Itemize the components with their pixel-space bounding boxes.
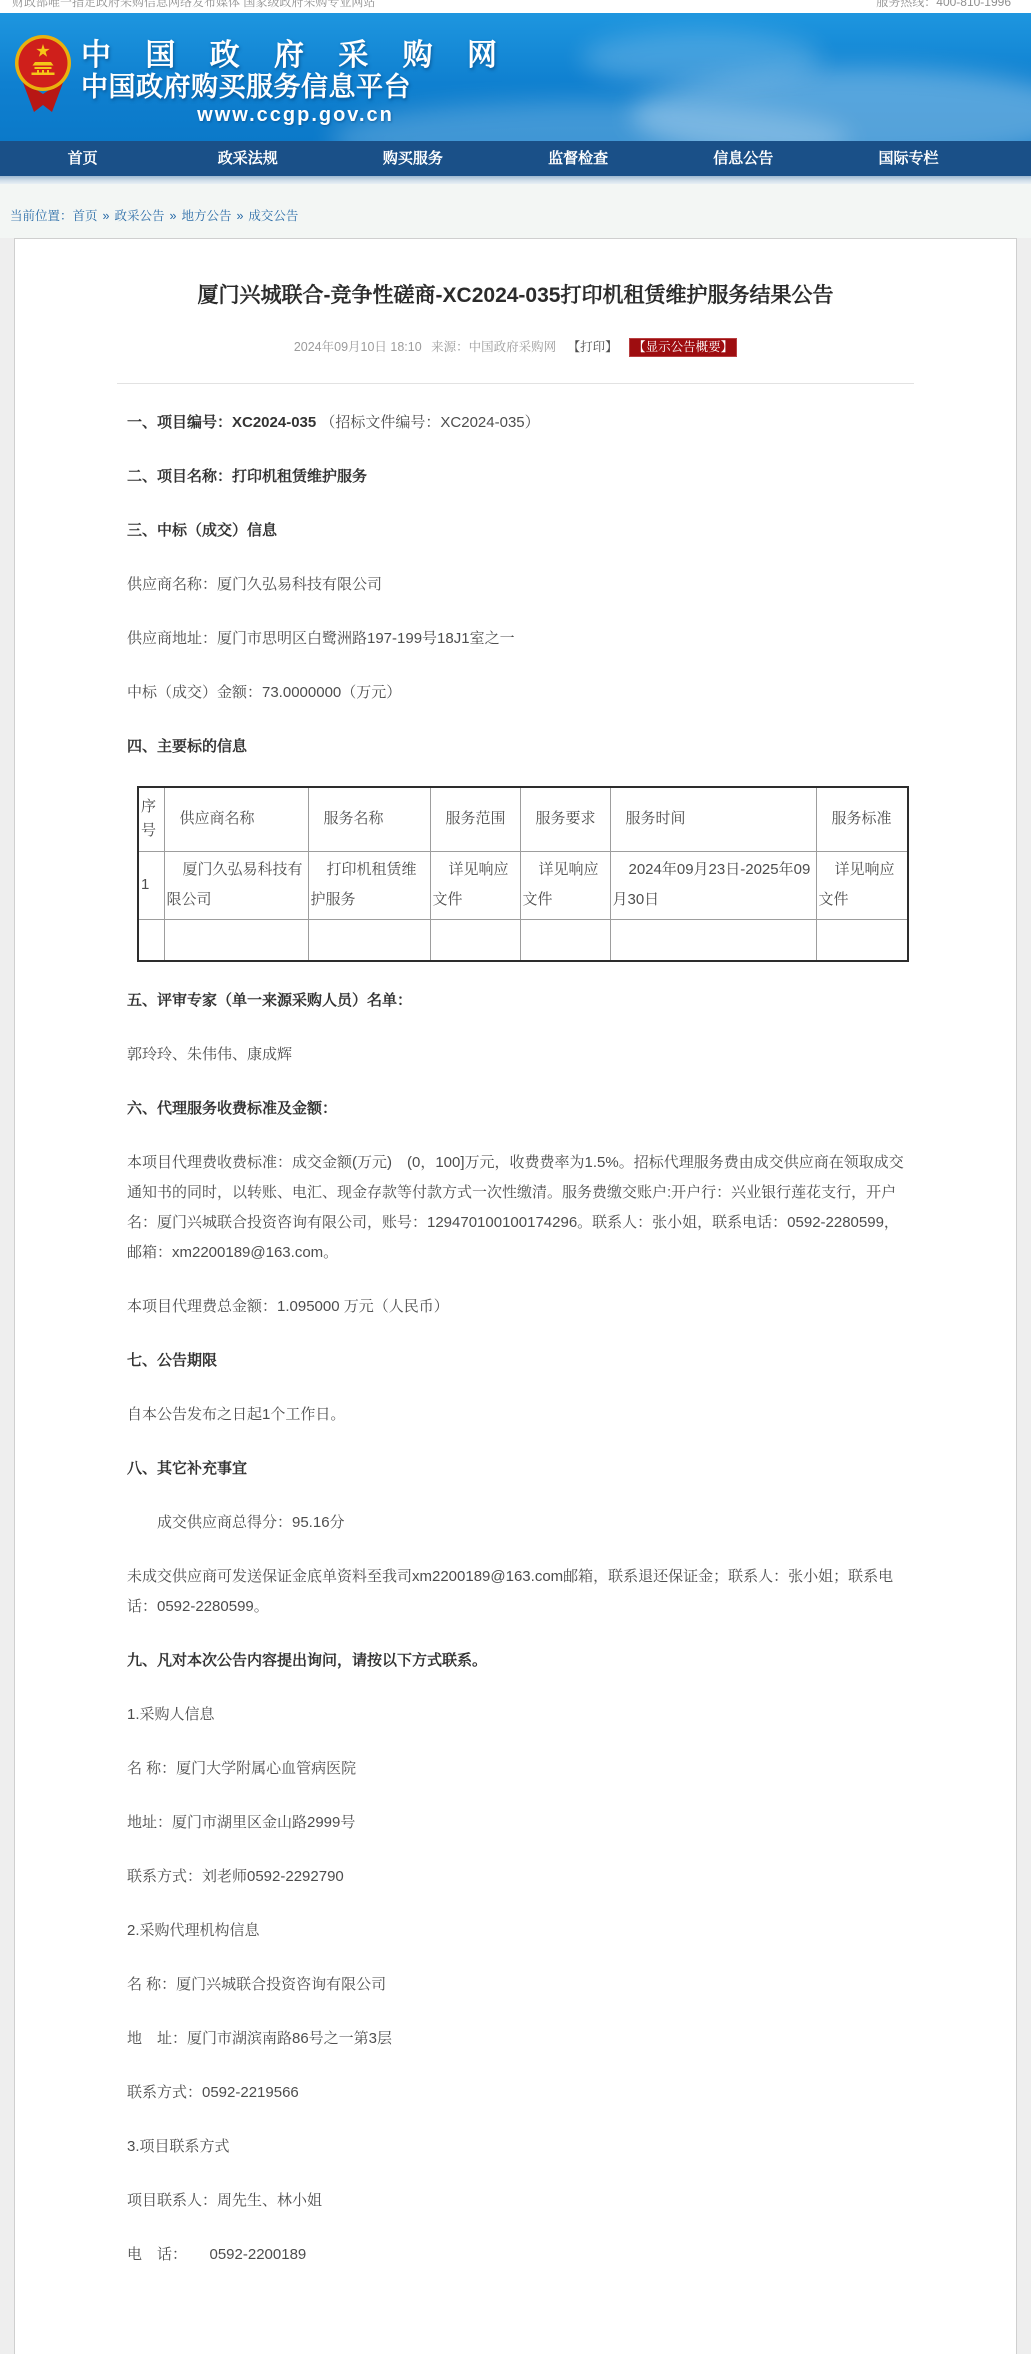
table-cell: 厦门久弘易科技有限公司 (164, 851, 308, 919)
section-heading: 四、主要标的信息 (127, 732, 904, 762)
body-paragraph: 本项目代理费总金额：1.095000 万元（人民币） (127, 1292, 904, 1322)
section-heading: 七、公告期限 (127, 1346, 904, 1376)
body-paragraph: 名 称：厦门大学附属心血管病医院 (127, 1754, 904, 1784)
table-header-cell: 供应商名称 (164, 787, 308, 851)
source-label: 来源：中国政府采购网 (431, 340, 556, 354)
table-cell (430, 919, 520, 961)
nav-bottom-strip (0, 176, 1031, 184)
nav-item-政采法规[interactable]: 政采法规 (165, 141, 330, 176)
breadcrumb-link[interactable]: 政采公告 (114, 209, 164, 223)
site-slogan: 财政部唯一指定政府采购信息网络发布媒体 国家级政府采购专业网站 (12, 0, 375, 13)
national-emblem-logo[interactable] (15, 34, 71, 123)
body-paragraph: 1.采购人信息 (127, 1700, 904, 1730)
table-header-cell: 序号 (138, 787, 164, 851)
table-cell: 详见响应文件 (520, 851, 610, 919)
site-subtitle: 中国政府购买服务信息平台 (81, 72, 510, 103)
table-row: 1厦门久弘易科技有限公司打印机租赁维护服务详见响应文件详见响应文件2024年09… (138, 851, 908, 919)
page: 财政部唯一指定政府采购信息网络发布媒体 国家级政府采购专业网站 服务热线：400… (0, 0, 1031, 2354)
table-cell: 详见响应文件 (816, 851, 908, 919)
publish-datetime: 2024年09月10日 18:10 (294, 340, 422, 354)
show-summary-button[interactable]: 【显示公告概要】 (629, 338, 737, 357)
body-paragraph: 电 话： 0592-2200189 (127, 2240, 904, 2270)
print-button[interactable]: 【打印】 (568, 340, 618, 354)
body-paragraph: 自本公告发布之日起1个工作日。 (127, 1400, 904, 1430)
site-brand[interactable]: 中 国 政 府 采 购 网 中国政府购买服务信息平台 www.ccgp.gov.… (81, 40, 510, 128)
body-paragraph: 联系方式：0592-2219566 (127, 2078, 904, 2108)
breadcrumb-link[interactable]: 成交公告 (248, 209, 298, 223)
table-cell (138, 919, 164, 961)
body-paragraph: 地址：厦门市湖里区金山路2999号 (127, 1808, 904, 1838)
breadcrumb-label: 当前位置： (10, 209, 73, 223)
body-paragraph: 名 称：厦门兴城联合投资咨询有限公司 (127, 1970, 904, 2000)
site-header: 中 国 政 府 采 购 网 中国政府购买服务信息平台 www.ccgp.gov.… (0, 13, 1031, 141)
body-paragraph: 郭玲玲、朱伟伟、康成辉 (127, 1040, 904, 1070)
section-heading: 一、项目编号：XC2024-035 （招标文件编号：XC2024-035） (127, 408, 904, 438)
section-heading: 二、项目名称：打印机租赁维护服务 (127, 462, 904, 492)
breadcrumb: 当前位置：首页»政采公告»地方公告»成交公告 (0, 184, 1031, 238)
table-cell: 打印机租赁维护服务 (308, 851, 430, 919)
announcement-box: 厦门兴城联合-竞争性磋商-XC2024-035打印机租赁维护服务结果公告 202… (14, 238, 1017, 2354)
body-paragraph: 中标（成交）金额：73.0000000（万元） (127, 678, 904, 708)
table-cell (520, 919, 610, 961)
table-cell: 2024年09月23日-2025年09月30日 (610, 851, 816, 919)
table-cell: 详见响应文件 (430, 851, 520, 919)
table-cell (164, 919, 308, 961)
table-cell: 1 (138, 851, 164, 919)
body-paragraph: 2.采购代理机构信息 (127, 1916, 904, 1946)
nav-item-购买服务[interactable]: 购买服务 (330, 141, 495, 176)
body-paragraph: 本项目代理费收费标准：成交金额(万元) (0，100]万元，收费费率为1.5%。… (127, 1148, 904, 1268)
breadcrumb-link[interactable]: 地方公告 (181, 209, 231, 223)
service-hotline: 服务热线：400-810-1996 (876, 0, 1011, 13)
section-heading: 五、评审专家（单一来源采购人员）名单： (127, 986, 904, 1016)
table-row (138, 919, 908, 961)
section-heading: 九、凡对本次公告内容提出询问，请按以下方式联系。 (127, 1646, 904, 1676)
table-cell (816, 919, 908, 961)
table-header-cell: 服务标准 (816, 787, 908, 851)
body-paragraph: 未成交供应商可发送保证金底单资料至我司xm2200189@163.com邮箱，联… (127, 1562, 904, 1622)
heading-tail: （招标文件编号：XC2024-035） (316, 414, 539, 431)
section-heading: 八、其它补充事宜 (127, 1454, 904, 1484)
top-utility-bar: 财政部唯一指定政府采购信息网络发布媒体 国家级政府采购专业网站 服务热线：400… (0, 0, 1031, 13)
table-cell (610, 919, 816, 961)
site-url: www.ccgp.gov.cn (81, 103, 510, 128)
body-paragraph: 3.项目联系方式 (127, 2132, 904, 2162)
body-paragraph: 成交供应商总得分：95.16分 (127, 1508, 904, 1538)
nav-item-信息公告[interactable]: 信息公告 (661, 141, 826, 176)
breadcrumb-separator: » (236, 209, 243, 223)
table-header-cell: 服务要求 (520, 787, 610, 851)
cloud-decoration (581, 31, 821, 86)
section-heading: 三、中标（成交）信息 (127, 516, 904, 546)
body-paragraph: 项目联系人：周先生、林小姐 (127, 2186, 904, 2216)
announcement-meta: 2024年09月10日 18:10 来源：中国政府采购网 【打印】 【显示公告概… (127, 337, 904, 357)
site-title: 中 国 政 府 采 购 网 (81, 40, 510, 72)
body-paragraph: 联系方式：刘老师0592-2292790 (127, 1862, 904, 1892)
table-cell (308, 919, 430, 961)
body-paragraph: 供应商地址：厦门市思明区白鹭洲路197-199号18J1室之一 (127, 624, 904, 654)
announcement-title: 厦门兴城联合-竞争性磋商-XC2024-035打印机租赁维护服务结果公告 (127, 281, 904, 311)
announcement-body: 一、项目编号：XC2024-035 （招标文件编号：XC2024-035）二、项… (127, 408, 904, 2270)
title-divider (117, 383, 914, 384)
body-paragraph: 供应商名称：厦门久弘易科技有限公司 (127, 570, 904, 600)
breadcrumb-separator: » (103, 209, 110, 223)
results-table: 序号供应商名称服务名称服务范围服务要求服务时间服务标准1厦门久弘易科技有限公司打… (137, 786, 909, 962)
body-paragraph: 地 址：厦门市湖滨南路86号之一第3层 (127, 2024, 904, 2054)
section-heading: 六、代理服务收费标准及金额： (127, 1094, 904, 1124)
nav-item-监督检查[interactable]: 监督检查 (496, 141, 661, 176)
nav-item-首页[interactable]: 首页 (0, 141, 165, 176)
table-header-cell: 服务时间 (610, 787, 816, 851)
table-header-cell: 服务范围 (430, 787, 520, 851)
main-nav: 首页政采法规购买服务监督检查信息公告国际专栏 (0, 141, 1031, 176)
table-header-cell: 服务名称 (308, 787, 430, 851)
breadcrumb-link[interactable]: 首页 (73, 209, 98, 223)
nav-item-国际专栏[interactable]: 国际专栏 (826, 141, 991, 176)
breadcrumb-separator: » (170, 209, 177, 223)
